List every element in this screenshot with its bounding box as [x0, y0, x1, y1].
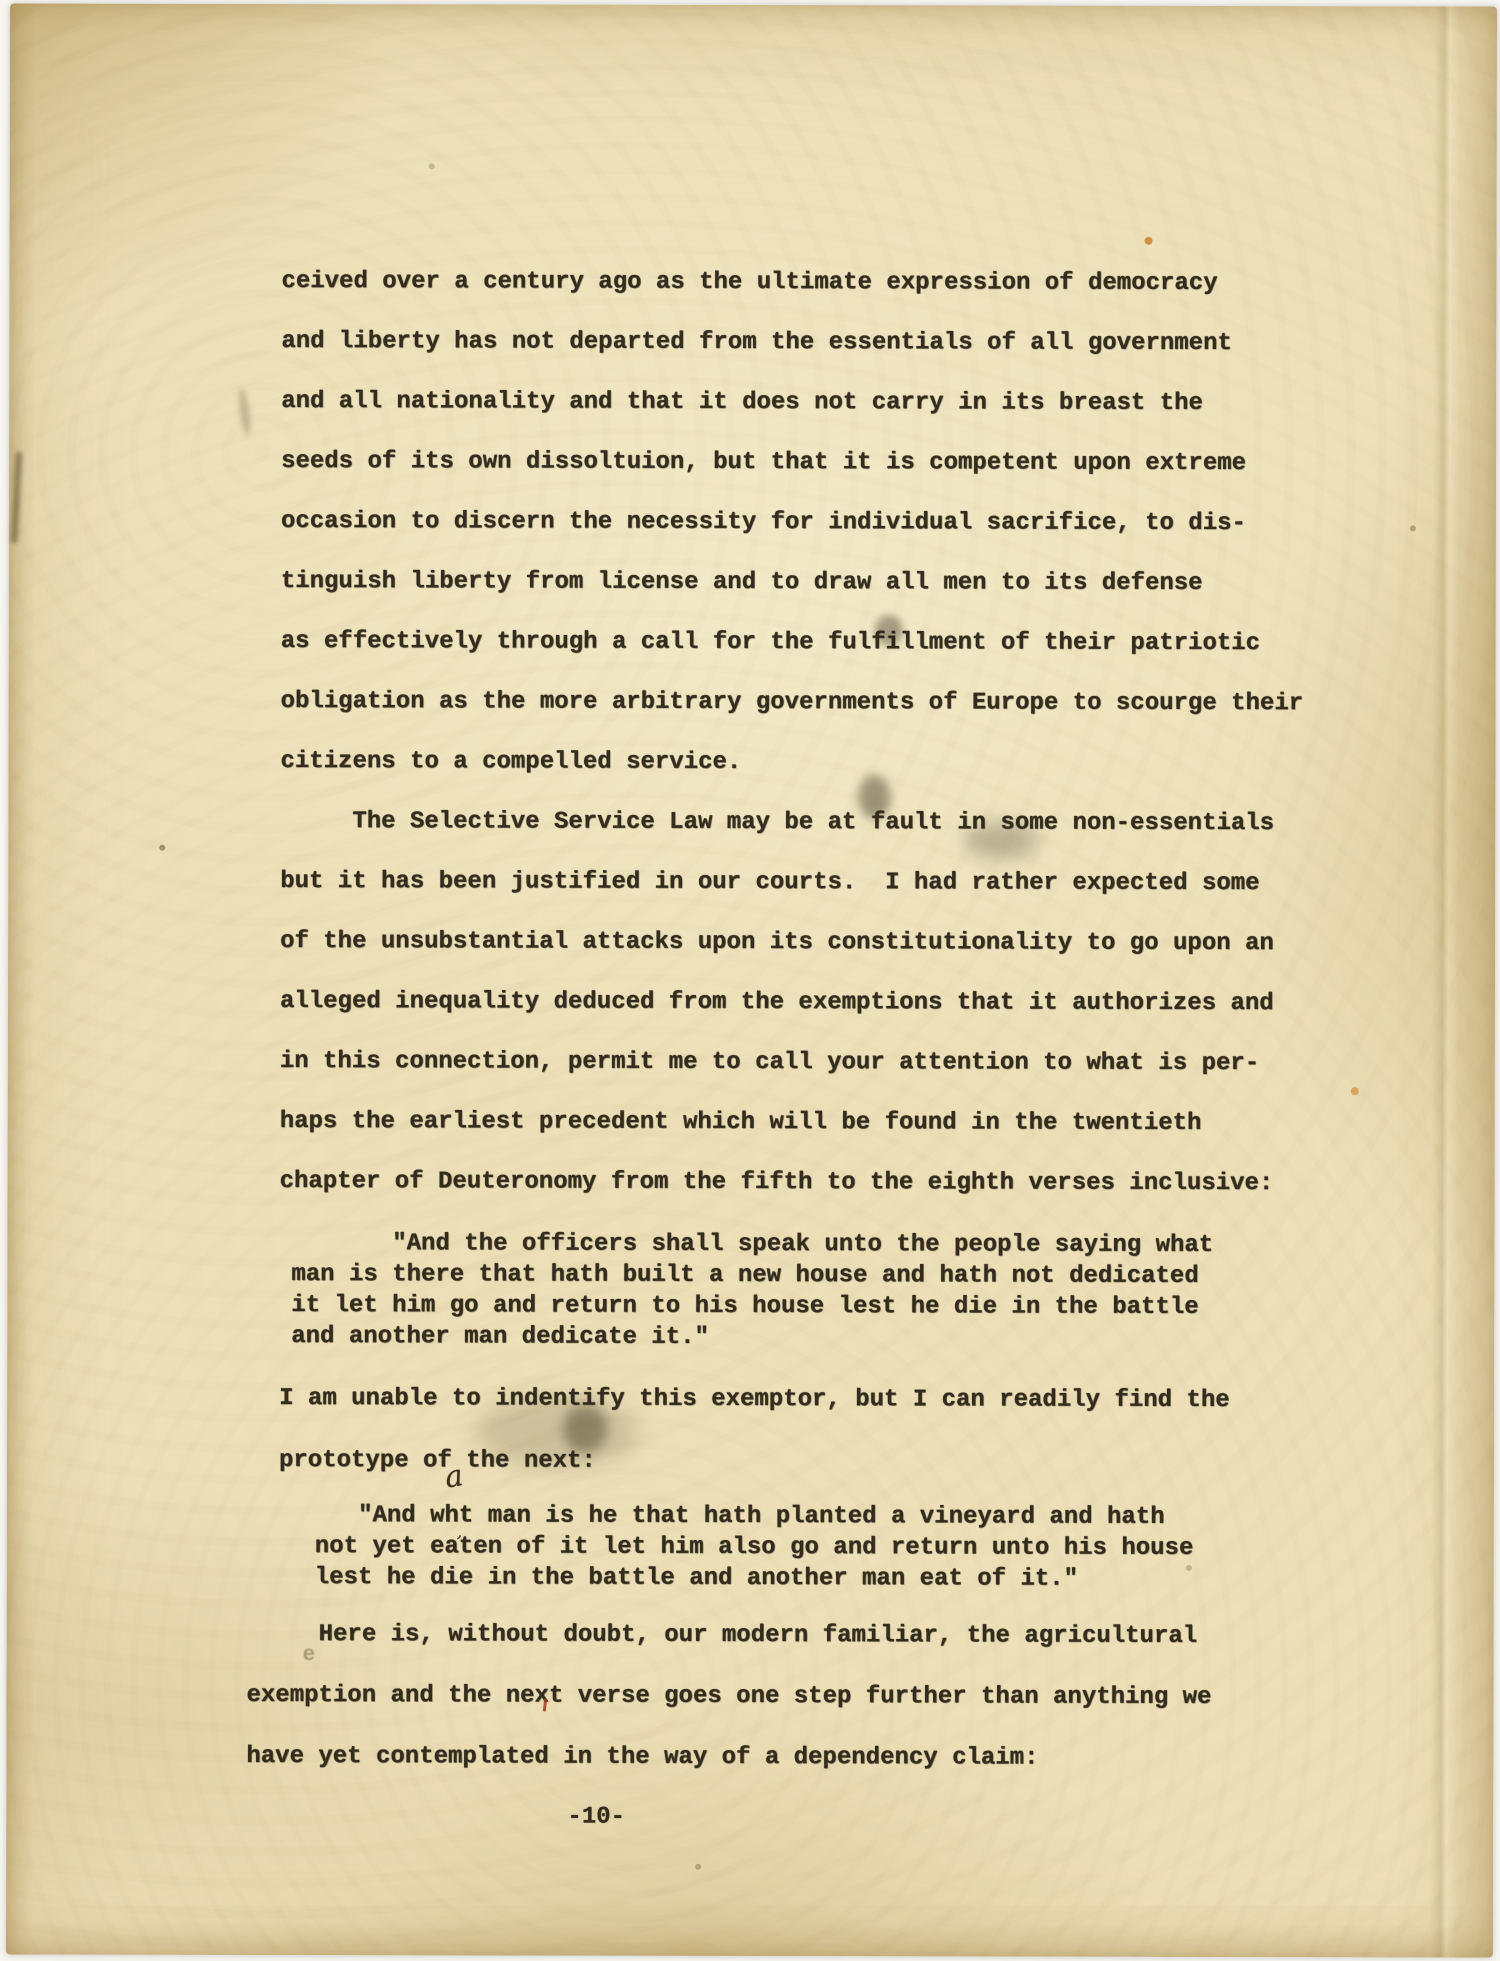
scanned-document-page: ceived over a century ago as the ultimat… — [0, 0, 1500, 1961]
typed-body-paragraphs: ceived over a century ago as the ultimat… — [280, 252, 1305, 1214]
edge-ink-mark — [11, 451, 23, 543]
typed-closing-paragraph: Here is, without doubt, our modern famil… — [246, 1604, 1211, 1789]
paper-crease — [1430, 6, 1460, 1957]
typed-mid-paragraph: I am unable to indentify this exemptor, … — [279, 1368, 1230, 1494]
paper-speckles — [10, 3, 14, 7]
page-number: -10- — [536, 1803, 656, 1833]
scripture-quote-first: "And the officers shall speak unto the p… — [291, 1228, 1213, 1354]
stray-type-mark: e — [303, 1644, 316, 1667]
paper-sheet: ceived over a century ago as the ultimat… — [6, 3, 1497, 1957]
margin-smudge — [237, 388, 252, 437]
scripture-quote-second: "And wht man is he that hath planted a v… — [315, 1500, 1194, 1595]
